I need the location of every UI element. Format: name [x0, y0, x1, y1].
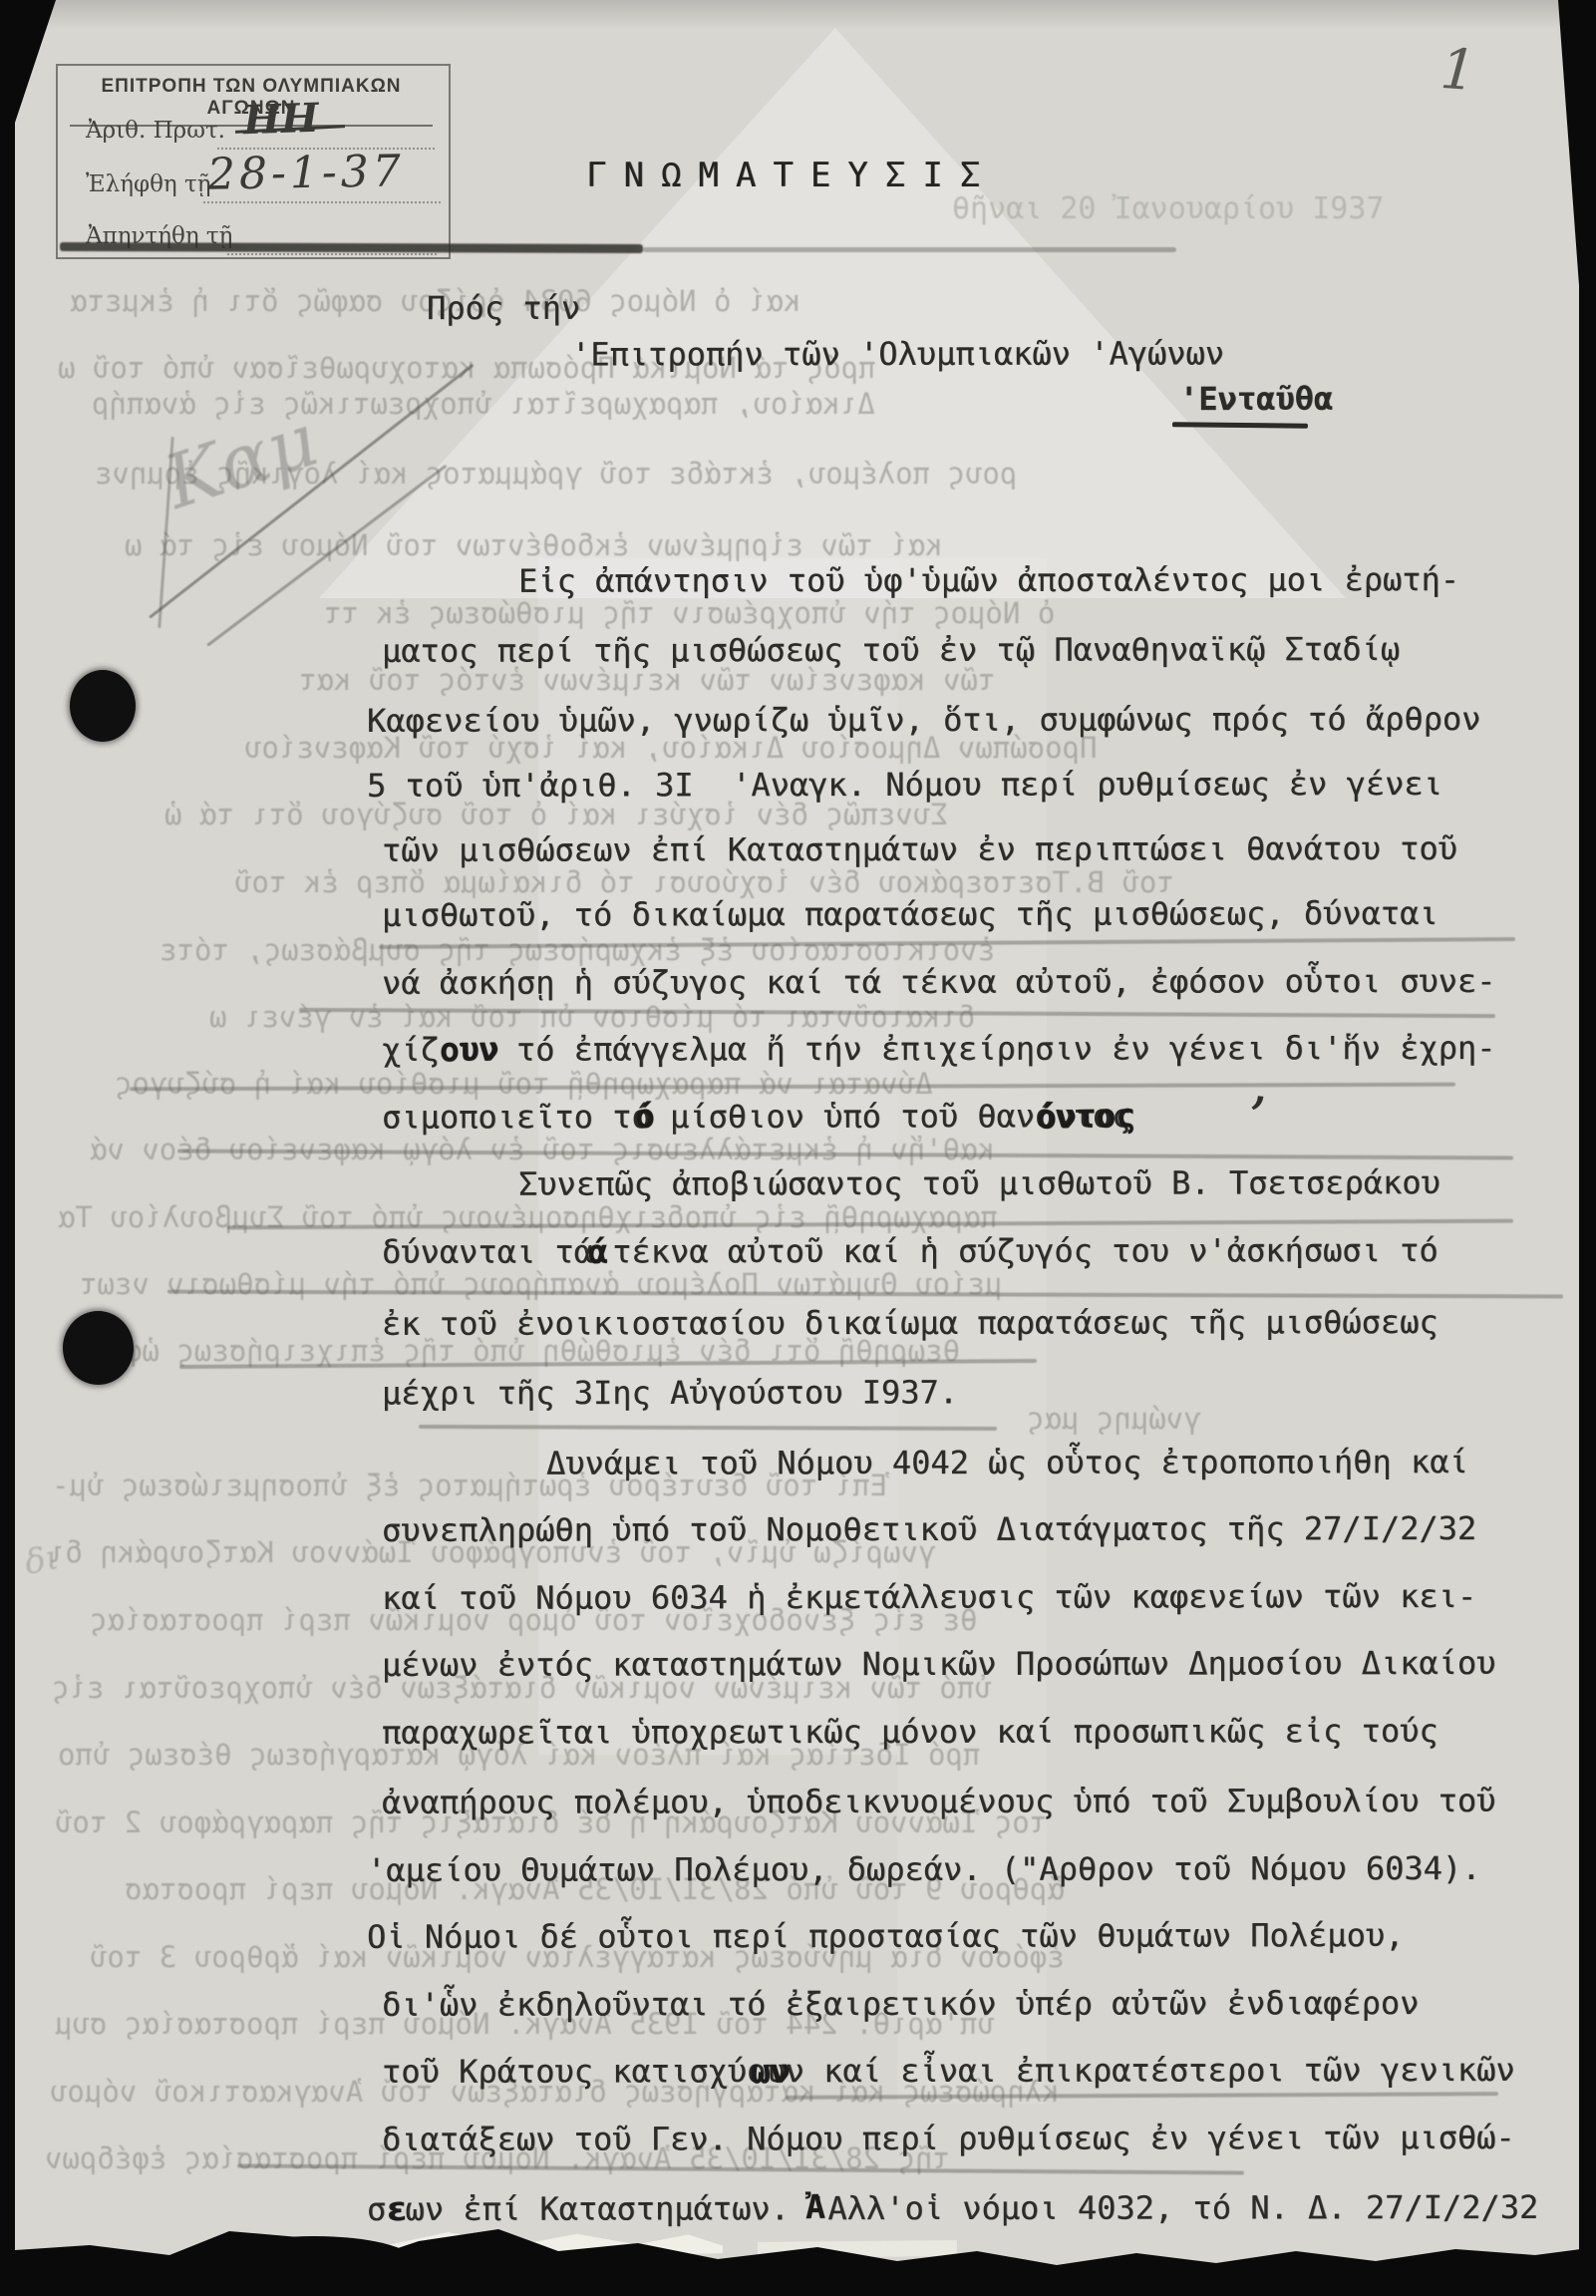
typed-line: δύνανται τά τέκνα αὐτοῦ καί ἡ σύζυγός το…: [382, 1231, 1438, 1271]
received-date-label: Ἐλήφθη τῇ: [86, 171, 211, 197]
document-title: ΓΝΩΜΑΤΕΥΣΙΣ: [586, 156, 997, 195]
typed-line: σεων ἐπί Καταστημάτων. 'Αλλ'οἱ νόμοι 403…: [367, 2188, 1538, 2228]
bleedthrough-line: δικαιοῦνται τό μίσθιον ὑπ τοῦ καί ἐν γέν…: [209, 1000, 975, 1034]
typed-line: καί τοῦ Νόμου 6034 ἡ ἐκμετάλλευσις τῶν κ…: [382, 1577, 1476, 1617]
typed-line: ἐκ τοῦ ἐνοικιοστασίου δικαίωμα παρατάσεω…: [382, 1303, 1438, 1343]
pencil-stroke: [643, 247, 1176, 252]
typed-line: δι'ὧν ἐκδηλοῦνται τό ἐξαιρετικόν ὑπέρ αὐ…: [382, 1984, 1419, 2024]
bleedthrough-date: θῆναι 20 Ἰανουαρίου Ι937: [952, 191, 1384, 226]
address-place: 'Ενταῦθα: [1179, 380, 1333, 418]
typed-line: συνεπληρώθη ὑπό τοῦ Νομοθετικοῦ Διατάγμα…: [382, 1509, 1476, 1549]
scan-edge-bottom: [0, 2221, 1596, 2296]
handwritten-correction: όντος: [1037, 1096, 1136, 1137]
pencil-stroke: [419, 1425, 997, 1431]
page-number: 1: [1438, 37, 1478, 104]
typed-line: 5 τοῦ ὑπ'ἀριθ. 3Ι 'Αναγκ. Νόμου περί ρυθ…: [367, 765, 1442, 805]
typed-line: τοῦ Κράτους κατισχύουν καί εἶναι ἐπικρατ…: [382, 2051, 1515, 2091]
handwritten-correction: Ἀ: [805, 2187, 826, 2226]
typed-line: Εἰς ἀπάντησιν τοῦ ὑφ'ὑμῶν ἀποσταλέντος μ…: [518, 560, 1459, 600]
scanned-document-page: καί ὁ Νόμος 6034 ὁρίζου σαφῶς ὅτι ἡ ἐκμε…: [0, 0, 1596, 2296]
handwritten-correction: ό: [635, 1097, 656, 1136]
received-date-value: 28-1-37: [207, 146, 406, 199]
protocol-number-value: ΗΗ: [242, 95, 319, 145]
typed-line: μένων ἐντός καταστημάτων Νομικῶν Προσώπω…: [382, 1644, 1495, 1684]
punch-hole: [70, 670, 136, 742]
typed-line: σιμοποιεῖτο τό μίσθιον ὑπό τοῦ θανόντος: [382, 1097, 1130, 1136]
scan-edge-left: [0, 0, 15, 2296]
bleedthrough-line: γνώμης μας: [1027, 1402, 1201, 1436]
handwritten-correction: ε: [388, 2189, 409, 2228]
typed-line: τῶν μισθώσεων ἐπί Καταστημάτων ἐν περιπτ…: [382, 829, 1457, 869]
typed-line: νά ἀσκήσῃ ἡ σύζυγος καί τά τέκνα αὐτοῦ, …: [382, 962, 1495, 1002]
typed-line: ἀναπήρους πολέμου, ὑποδεικνυομένους ὑπό …: [382, 1782, 1495, 1821]
bleedthrough-line: καί τῶν εἰρημένων ἐκδοθέντων τοῦ Νόμου ε…: [125, 528, 943, 562]
typed-line: Δυνάμει τοῦ Νόμου 4042 ὡς οὗτος ἐτροποπο…: [546, 1443, 1468, 1482]
typed-line: μισθωτοῦ, τό δικαίωμα παρατάσεως τῆς μισ…: [382, 894, 1438, 934]
address-to: Πρός τήν: [427, 289, 580, 327]
scan-edge-right: [1579, 0, 1596, 2296]
typed-line: διατάξεων τοῦ Γεν. Νόμου περί ρυθμίσεως …: [382, 2119, 1515, 2158]
bleedthrough-line: παραχωρηθῇ εἰς ὑποδειχθησομένους ὑπό τοῦ…: [58, 1200, 998, 1234]
address-committee: 'Επιτροπήν τῶν 'Ολυμπιακῶν 'Αγώνων: [571, 334, 1224, 373]
punch-hole: [63, 1311, 134, 1385]
registry-stamp-box: ΕΠΙΤΡΟΠΗ ΤΩΝ ΟΛΥΜΠΙΑΚΩΝ ΑΓΩΝΩΝ Ἀριθ. Πρω…: [56, 64, 451, 259]
bleedthrough-line: ἐνοικιοστασίου ἐξ ἐκχωρήσεως τῆς συμβάσε…: [160, 933, 995, 967]
scan-corner-top-right: [1540, 0, 1596, 299]
margin-pencil-mark: δι: [22, 1537, 62, 1582]
top-shadow: [0, 0, 1596, 30]
protocol-number-label: Ἀριθ. Πρωτ.: [86, 118, 225, 144]
answered-line: [227, 253, 437, 255]
typed-line: Καφενείου ὑμῶν, γνωρίζω ὑμῖν, ὅτι, συμφώ…: [367, 700, 1480, 740]
typed-line: 'αμείου Θυμάτων Πολέμου, δωρεάν. ("Αρθρο…: [367, 1849, 1480, 1889]
handwritten-correction: ουν: [440, 1029, 499, 1069]
typed-line: χίζουν τό ἐπάγγελμα ἤ τήν ἐπιχείρησιν ἐν…: [382, 1029, 1495, 1069]
received-line: [203, 201, 441, 203]
typed-line: μέχρι τῆς 3Ιης Αὐγούστου Ι937.: [382, 1373, 958, 1412]
handwritten-correction: ων: [751, 2052, 791, 2092]
typed-line: Οἱ Νόμοι δέ οὗτοι περί προστασίας τῶν θυ…: [367, 1916, 1404, 1956]
handwritten-correction: ά: [588, 1232, 609, 1271]
typed-line: Συνεπῶς ἀποβιώσαντος τοῦ μισθωτοῦ Β. Τσε…: [518, 1163, 1440, 1203]
typed-line: παραχωρεῖται ὑποχρεωτικῶς μόνον καί προσ…: [382, 1712, 1438, 1752]
bleedthrough-line: ὁ Νόμος τήν ὑποχρέωσιν τῆς μισθώσεως ἐκ …: [324, 596, 1055, 630]
typed-line: ματος περί τῆς μισθώσεως τοῦ ἐν τῷ Παναθ…: [382, 630, 1400, 670]
address-place-underline: [1172, 422, 1308, 428]
bleedthrough-line: Δικαίου, παραχωρεῖται ὑποχρεωτικῶς εἰς ἀ…: [92, 387, 875, 421]
